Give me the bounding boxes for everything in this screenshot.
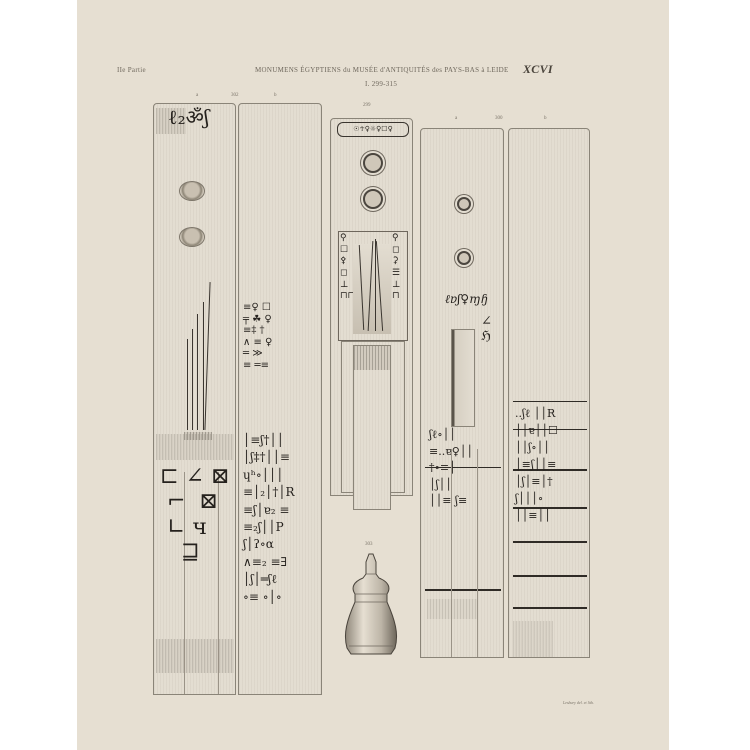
hieratic-text: ..ʃℓ ││R ││ɐ││☐ ││ʃ∘││ │≡ʃ││≡ │ʃ│≡│† ʃ││…	[515, 405, 558, 524]
palette-299-stem	[353, 345, 391, 510]
hieratic-signs: ∠ ℌ	[481, 315, 492, 345]
lithographer-credit: Lesbury del. et lith.	[563, 700, 594, 705]
palette-302a: ℓ₂ॐʃ ⊏ ∠ ⊠ ⌐ ⊠ ∟ ч ⊒	[153, 103, 236, 695]
plate-page: IIe Partie MONUMENS ÉGYPTIENS du MUSÉE d…	[77, 0, 669, 750]
reed-pen	[204, 282, 210, 430]
palette-302b: ≡♀ ☐ ╤ ☘ ♀ ≡‡ † ∧ ≡ ♀ ═ ≫ ≡ ═≡ │≡ʃ†││ │ʃ…	[238, 103, 322, 695]
palette-300a: ℓɐʃ♀ɱɧ ∠ ℌ ʃℓ∘││ ≡..ɐ♀││ †∘≡│ │ʃ││ ││≡ ʃ…	[420, 128, 504, 658]
owner-name: ℓɐʃ♀ɱɧ	[445, 293, 488, 307]
label-302a: a	[196, 93, 198, 98]
plate-number: XCVI	[523, 62, 553, 77]
label-303: 303	[365, 542, 373, 547]
register-line	[513, 607, 587, 609]
reed-pen	[192, 329, 193, 430]
royal-cartouche: ☉☥♀☼♀☐♀	[337, 122, 409, 137]
slot-outline	[451, 449, 478, 658]
ink-stain	[156, 639, 234, 673]
plate-title: MONUMENS ÉGYPTIENS du MUSÉE d'ANTIQUITÉS…	[255, 66, 509, 74]
ink-well	[179, 227, 205, 247]
hieratic-inscription: ℓ₂ॐʃ	[168, 106, 209, 129]
ink-stain	[513, 621, 553, 657]
hieroglyph-column-right: ⚲ ◻ ⚳ ☰ ⊥ ⊓	[392, 233, 400, 303]
hieratic-signs: ⊏ ∠ ⊠ ⌐ ⊠ ∟ ч ⊒	[160, 464, 229, 565]
hieratic-column: ≡♀ ☐ ╤ ☘ ♀ ≡‡ † ∧ ≡ ♀ ═ ≫ ≡ ═≡	[243, 302, 272, 371]
bottle-303	[343, 550, 399, 658]
ink-well	[363, 189, 383, 209]
reed-pen	[187, 339, 188, 430]
label-300a: a	[455, 116, 457, 121]
ink-well	[457, 197, 471, 211]
ink-well	[363, 153, 383, 173]
label-302b: b	[274, 93, 277, 98]
register-line	[513, 541, 587, 543]
hieratic-text: │≡ʃ†││ │ʃ‡†││≡ ɥʰ∘│││ ≡│₂│†│R ≡ʃ│ɐ₂ ≡ ≡₂…	[243, 432, 295, 606]
label-299: 299	[363, 103, 371, 108]
reed-pen	[197, 314, 198, 430]
ink-stain	[156, 434, 234, 460]
register-line	[513, 401, 587, 402]
palette-300b: ..ʃℓ ││R ││ɐ││☐ ││ʃ∘││ │≡ʃ││≡ │ʃ│≡│† ʃ││…	[508, 128, 590, 658]
reed-pen	[203, 302, 204, 430]
label-300: 300	[495, 116, 503, 121]
ink-well	[179, 181, 205, 201]
label-302: 302	[231, 93, 239, 98]
plate-subtitle: I. 299-315	[365, 80, 397, 88]
slot-shadow	[354, 346, 391, 370]
label-300b: b	[544, 116, 547, 121]
register-line	[513, 575, 587, 577]
ink-well	[457, 251, 471, 265]
part-label: IIe Partie	[117, 66, 146, 74]
pen-slot	[451, 329, 475, 427]
